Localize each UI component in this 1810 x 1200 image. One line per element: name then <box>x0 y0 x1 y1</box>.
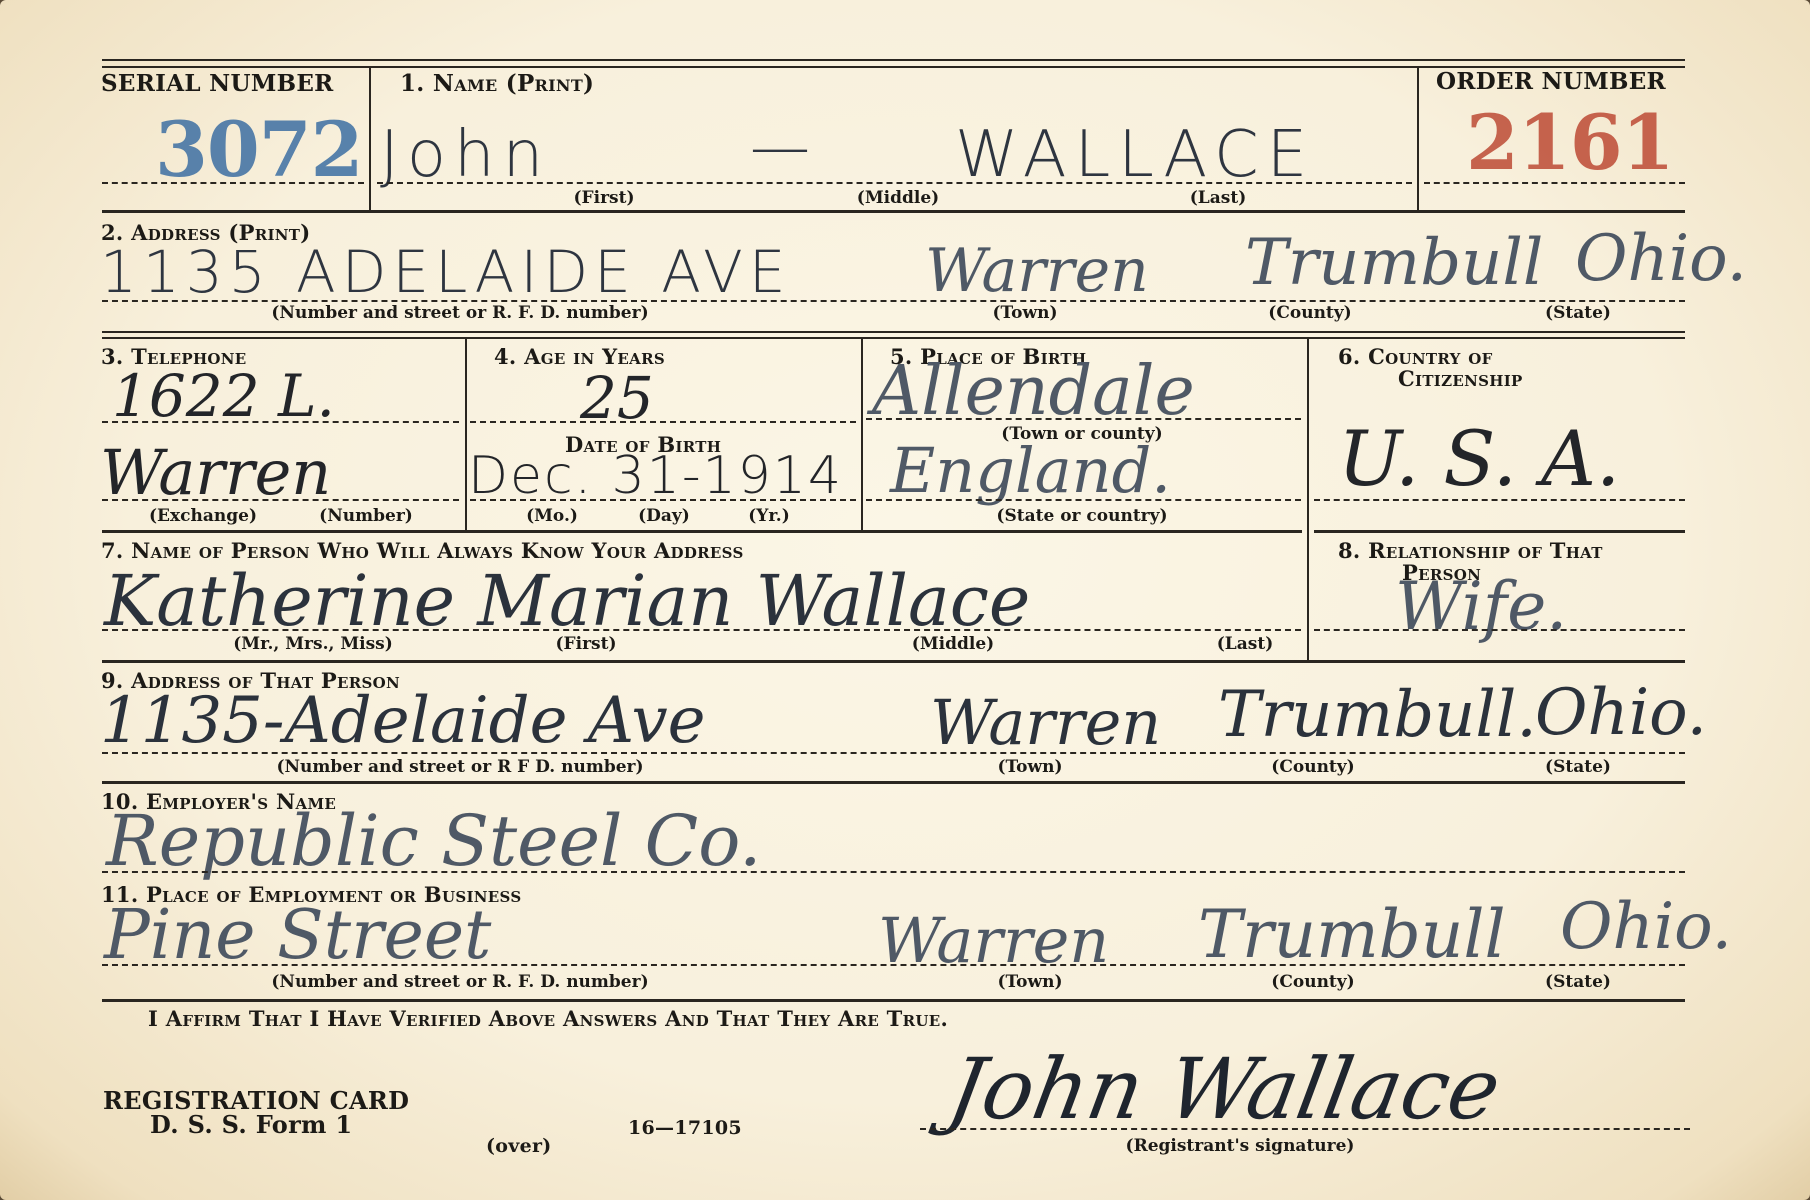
contact-address-county-value: Trumbull. <box>1218 678 1537 752</box>
address-dotted-line <box>102 300 1685 302</box>
contact-address-state-value: Ohio. <box>1535 676 1707 750</box>
registrant-signature: John Wallace <box>941 1040 1507 1138</box>
name-label: 1. Name (Print) <box>400 70 594 97</box>
affirmation-text: I Affirm That I Have Verified Above Answ… <box>148 1006 948 1031</box>
telephone-number-value: 1622 L. <box>112 362 335 430</box>
contact-sub-middle: (Middle) <box>912 634 994 654</box>
contact-address-sub-county: (County) <box>1271 757 1354 777</box>
exchange-dotted-line <box>102 499 459 501</box>
dob-value: Dec. 31-1914 <box>468 446 843 506</box>
telephone-dotted-line <box>102 421 459 423</box>
address-state-value: Ohio. <box>1575 222 1747 296</box>
employment-state-value: Ohio. <box>1560 890 1732 964</box>
name-last-value: WALLACE <box>955 118 1315 192</box>
address-sub-county: (County) <box>1268 303 1351 323</box>
row-rule-5 <box>102 781 1685 784</box>
row-rule-2b <box>102 337 1685 339</box>
name-middle-value: — <box>750 112 810 182</box>
name-first-value: John <box>380 118 551 192</box>
contact-address-sub-state: (State) <box>1545 757 1611 777</box>
serial-divider <box>369 68 371 211</box>
contact-address-town-value: Warren <box>930 686 1161 759</box>
employment-town-value: Warren <box>878 904 1109 977</box>
birthplace-sub-country: (State or country) <box>996 506 1167 526</box>
employment-sub-state: (State) <box>1545 972 1611 992</box>
contact-dotted-line <box>102 629 1301 631</box>
contact-address-sub-street: (Number and street or R F D. number) <box>276 757 643 777</box>
telephone-sub-number: (Number) <box>319 506 413 526</box>
serial-number-value: 3072 <box>155 105 363 194</box>
print-code: 16—17105 <box>628 1117 742 1139</box>
row-rule-4 <box>102 660 1685 663</box>
dob-sub-month: (Mo.) <box>526 506 578 526</box>
draft-registration-card: SERIAL NUMBER 3072 1. Name (Print) John … <box>0 0 1810 1200</box>
signature-dotted-line <box>920 1128 1690 1130</box>
citizenship-dotted-line <box>1314 499 1685 501</box>
name-sub-middle: (Middle) <box>857 188 939 208</box>
order-number-value: 2161 <box>1466 98 1674 187</box>
age-divider <box>861 339 863 531</box>
contact-sub-first: (First) <box>556 634 617 654</box>
address-town-value: Warren <box>925 236 1149 306</box>
dob-sub-year: (Yr.) <box>748 506 790 526</box>
top-rule <box>102 59 1685 61</box>
relationship-dotted-line <box>1314 629 1685 631</box>
employment-sub-town: (Town) <box>997 972 1062 992</box>
birthplace-country-value: England. <box>890 434 1171 507</box>
dob-sub-day: (Day) <box>638 506 690 526</box>
signature-label: (Registrant's signature) <box>1126 1136 1355 1156</box>
row-rule-3b <box>1314 530 1685 533</box>
employment-county-value: Trumbull <box>1198 896 1506 973</box>
name-dotted-line <box>377 182 1412 184</box>
employment-sub-street: (Number and street or R. F. D. number) <box>271 972 648 992</box>
contact-address-sub-town: (Town) <box>997 757 1062 777</box>
address-county-value: Trumbull <box>1245 226 1543 300</box>
contact-address-street-value: 1135-Adelaide Ave <box>100 684 706 758</box>
address-sub-street: (Number and street or R. F. D. number) <box>271 303 648 323</box>
employer-value: Republic Steel Co. <box>106 800 761 882</box>
birthplace-country-dotted-line <box>866 499 1301 501</box>
employment-sub-county: (County) <box>1271 972 1354 992</box>
age-dotted-line <box>470 421 856 423</box>
order-divider <box>1417 68 1419 211</box>
order-number-label: ORDER NUMBER <box>1436 68 1666 95</box>
over-note: (over) <box>486 1135 552 1157</box>
serial-dotted-line <box>102 182 364 184</box>
contact-sub-last: (Last) <box>1217 634 1273 654</box>
telephone-sub-exchange: (Exchange) <box>149 506 257 526</box>
address-sub-town: (Town) <box>992 303 1057 323</box>
employer-dotted-line <box>102 871 1685 873</box>
name-sub-last: (Last) <box>1190 188 1246 208</box>
address-street-value: 1135 ADELAIDE AVE <box>100 238 792 306</box>
order-dotted-line <box>1424 182 1685 184</box>
row-rule-3 <box>102 530 1302 533</box>
citizenship-label-line2: Citizenship <box>1398 366 1523 391</box>
employment-dotted-line <box>102 964 1685 966</box>
contact-address-dotted-line <box>102 752 1685 754</box>
telephone-divider <box>465 339 467 531</box>
birthplace-divider <box>1307 339 1309 661</box>
name-sub-first: (First) <box>574 188 635 208</box>
row-rule-2a <box>102 331 1685 333</box>
address-sub-state: (State) <box>1545 303 1611 323</box>
relationship-value: Wife. <box>1395 568 1567 645</box>
row-rule-1 <box>102 210 1685 213</box>
birthplace-town-dotted-line <box>866 418 1301 420</box>
contact-sub-title: (Mr., Mrs., Miss) <box>233 634 393 654</box>
row-rule-6 <box>102 999 1685 1002</box>
citizenship-value: U. S. A. <box>1338 414 1620 503</box>
form-number: D. S. S. Form 1 <box>150 1110 352 1139</box>
serial-number-label: SERIAL NUMBER <box>101 70 334 97</box>
dob-dotted-line <box>470 499 856 501</box>
